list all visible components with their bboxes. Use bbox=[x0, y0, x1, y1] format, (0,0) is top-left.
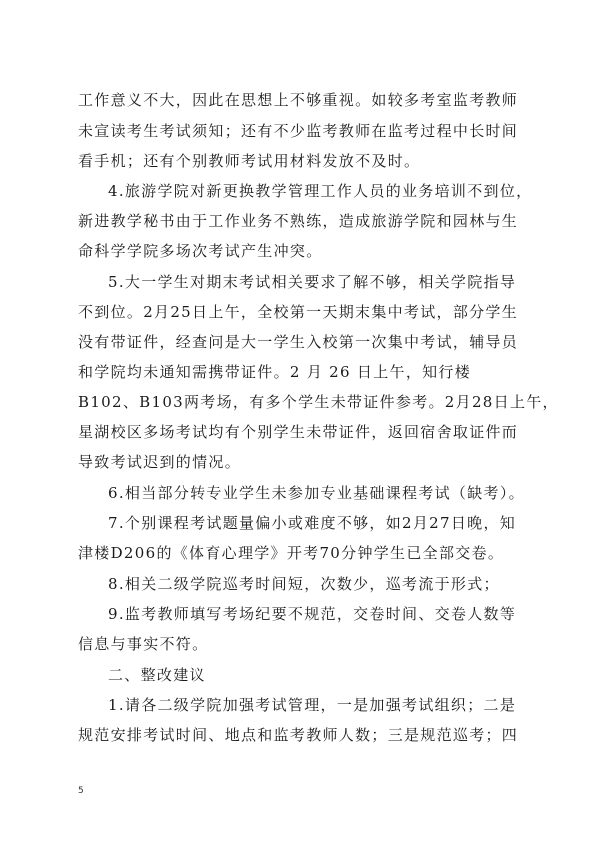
paragraph-first-line: 5.大一学生对期末考试相关要求了解不够，相关学院指导 bbox=[108, 272, 520, 292]
paragraph-line: 导致考试迟到的情况。 bbox=[78, 452, 520, 472]
paragraph-line: 津楼D206的《体育心理学》开考70分钟学生已全部交卷。 bbox=[78, 543, 520, 563]
page-number: 5 bbox=[78, 786, 84, 796]
paragraph-first-line: 7.个别课程考试题量偏小或难度不够，如2月27日晚，知 bbox=[108, 513, 520, 533]
paragraph-first-line: 二、整改建议 bbox=[108, 665, 520, 685]
paragraph-line: 新进教学秘书由于工作业务不熟练，造成旅游学院和园林与生 bbox=[78, 211, 520, 231]
paragraph-line: 工作意义不大，因此在思想上不够重视。如较多考室监考教师 bbox=[78, 90, 520, 110]
paragraph-line: 命科学学院多场次考试产生冲突。 bbox=[78, 241, 520, 261]
paragraph-line: 和学院均未通知需携带证件。2 月 26 日上午，知行楼 bbox=[78, 362, 520, 382]
paragraph-first-line: 8.相关二级学院巡考时间短，次数少，巡考流于形式； bbox=[108, 574, 520, 594]
paragraph-first-line: 4.旅游学院对新更换教学管理工作人员的业务培训不到位， bbox=[108, 181, 520, 201]
paragraph-line: 看手机；还有个别教师考试用材料发放不及时。 bbox=[78, 151, 520, 171]
paragraph-line: 没有带证件，经查问是大一学生入校第一次集中考试，辅导员 bbox=[78, 332, 520, 352]
paragraph-line: 信息与事实不符。 bbox=[78, 634, 520, 654]
paragraph-first-line: 6.相当部分转专业学生未参加专业基础课程考试（缺考）。 bbox=[108, 483, 520, 503]
paragraph-line: 不到位。2月25日上午，全校第一天期末集中考试，部分学生 bbox=[78, 302, 520, 322]
paragraph-line: 未宣读考生考试须知；还有不少监考教师在监考过程中长时间 bbox=[78, 121, 520, 141]
paragraph-line: B102、B103两考场，有多个学生未带证件参考。2月28日上午， bbox=[78, 392, 520, 412]
document-page: 工作意义不大，因此在思想上不够重视。如较多考室监考教师未宣读考生考试须知；还有不… bbox=[0, 0, 595, 841]
paragraph-first-line: 1.请各二级学院加强考试管理，一是加强考试组织；二是 bbox=[108, 695, 520, 715]
paragraph-first-line: 9.监考教师填写考场纪要不规范，交卷时间、交卷人数等 bbox=[108, 604, 520, 624]
paragraph-line: 星湖校区多场考试均有个别学生未带证件，返回宿舍取证件而 bbox=[78, 422, 520, 442]
paragraph-line: 规范安排考试时间、地点和监考教师人数；三是规范巡考；四 bbox=[78, 725, 520, 745]
